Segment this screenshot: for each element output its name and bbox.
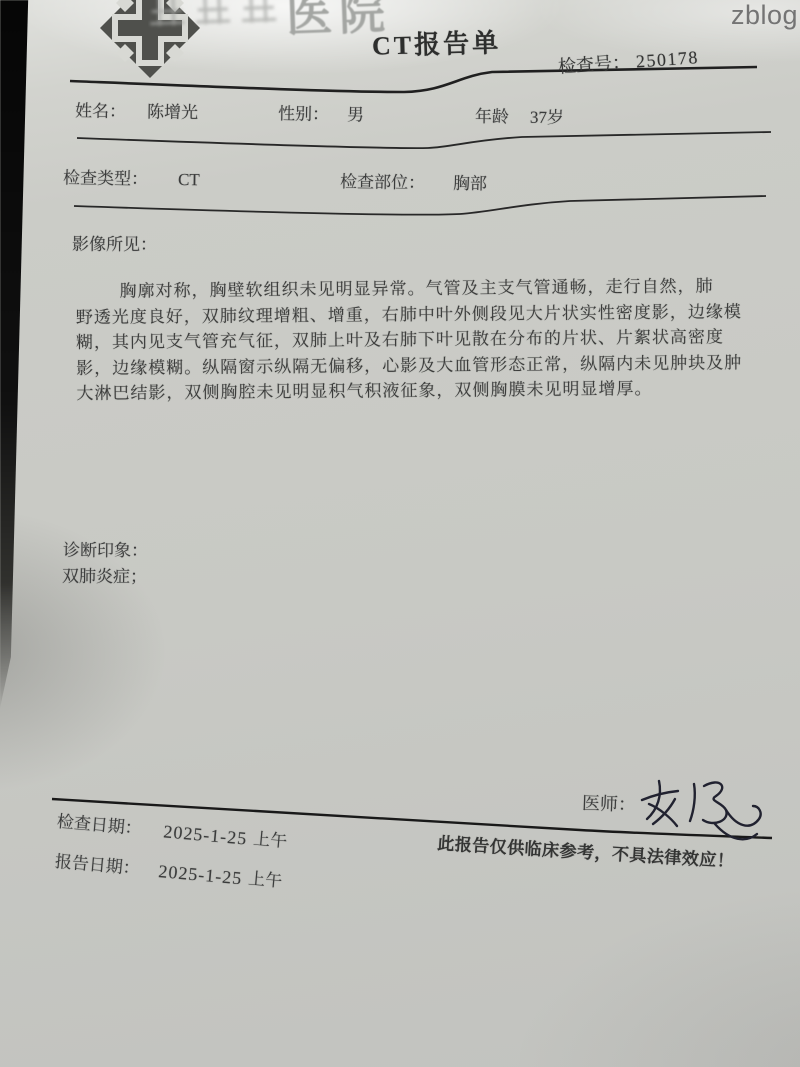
report-date-period: 上午 xyxy=(247,867,283,894)
findings-paragraph: 胸廓对称，胸壁软组织未见明显异常。气管及主支气管通畅，走行自然，肺 野透光度良好… xyxy=(75,273,776,407)
illegible-glyph xyxy=(193,0,233,29)
name-value: 陈增光 xyxy=(147,100,198,125)
exam-type-label: 检查类型： xyxy=(63,166,148,191)
name-label: 姓名： xyxy=(75,99,126,124)
exam-date-period: 上午 xyxy=(252,827,288,854)
doctor-signature xyxy=(636,768,766,852)
exam-number-value: 250178 xyxy=(635,47,699,71)
exam-number-label: 检查号： xyxy=(557,52,630,77)
illegible-glyph xyxy=(239,0,279,27)
watermark-zblog: zblog xyxy=(731,0,798,31)
age-label: 年龄 xyxy=(475,105,509,129)
rule-under-name xyxy=(77,132,771,148)
diagnosis-section-label: 诊断印象： xyxy=(63,539,148,564)
findings-section-label: 影像所见： xyxy=(72,233,157,257)
gender-value: 男 xyxy=(347,103,364,127)
printed-rules xyxy=(0,0,800,1067)
age-value: 37岁 xyxy=(530,106,564,130)
exam-type-value: CT xyxy=(178,168,200,192)
diagnosis-text: 双肺炎症； xyxy=(62,565,147,590)
gender-label: 性别： xyxy=(278,102,329,127)
illegible-glyph xyxy=(148,0,187,30)
doctor-label: 医师： xyxy=(582,791,637,817)
ct-report-photo: 医院 CT报告单 检查号：250178 zblog 姓名： 陈增光 性别： 男 … xyxy=(0,0,800,1067)
report-title: CT报告单 xyxy=(372,31,502,58)
exam-part-label: 检查部位： xyxy=(340,170,425,195)
exam-part-value: 胸部 xyxy=(453,172,487,196)
